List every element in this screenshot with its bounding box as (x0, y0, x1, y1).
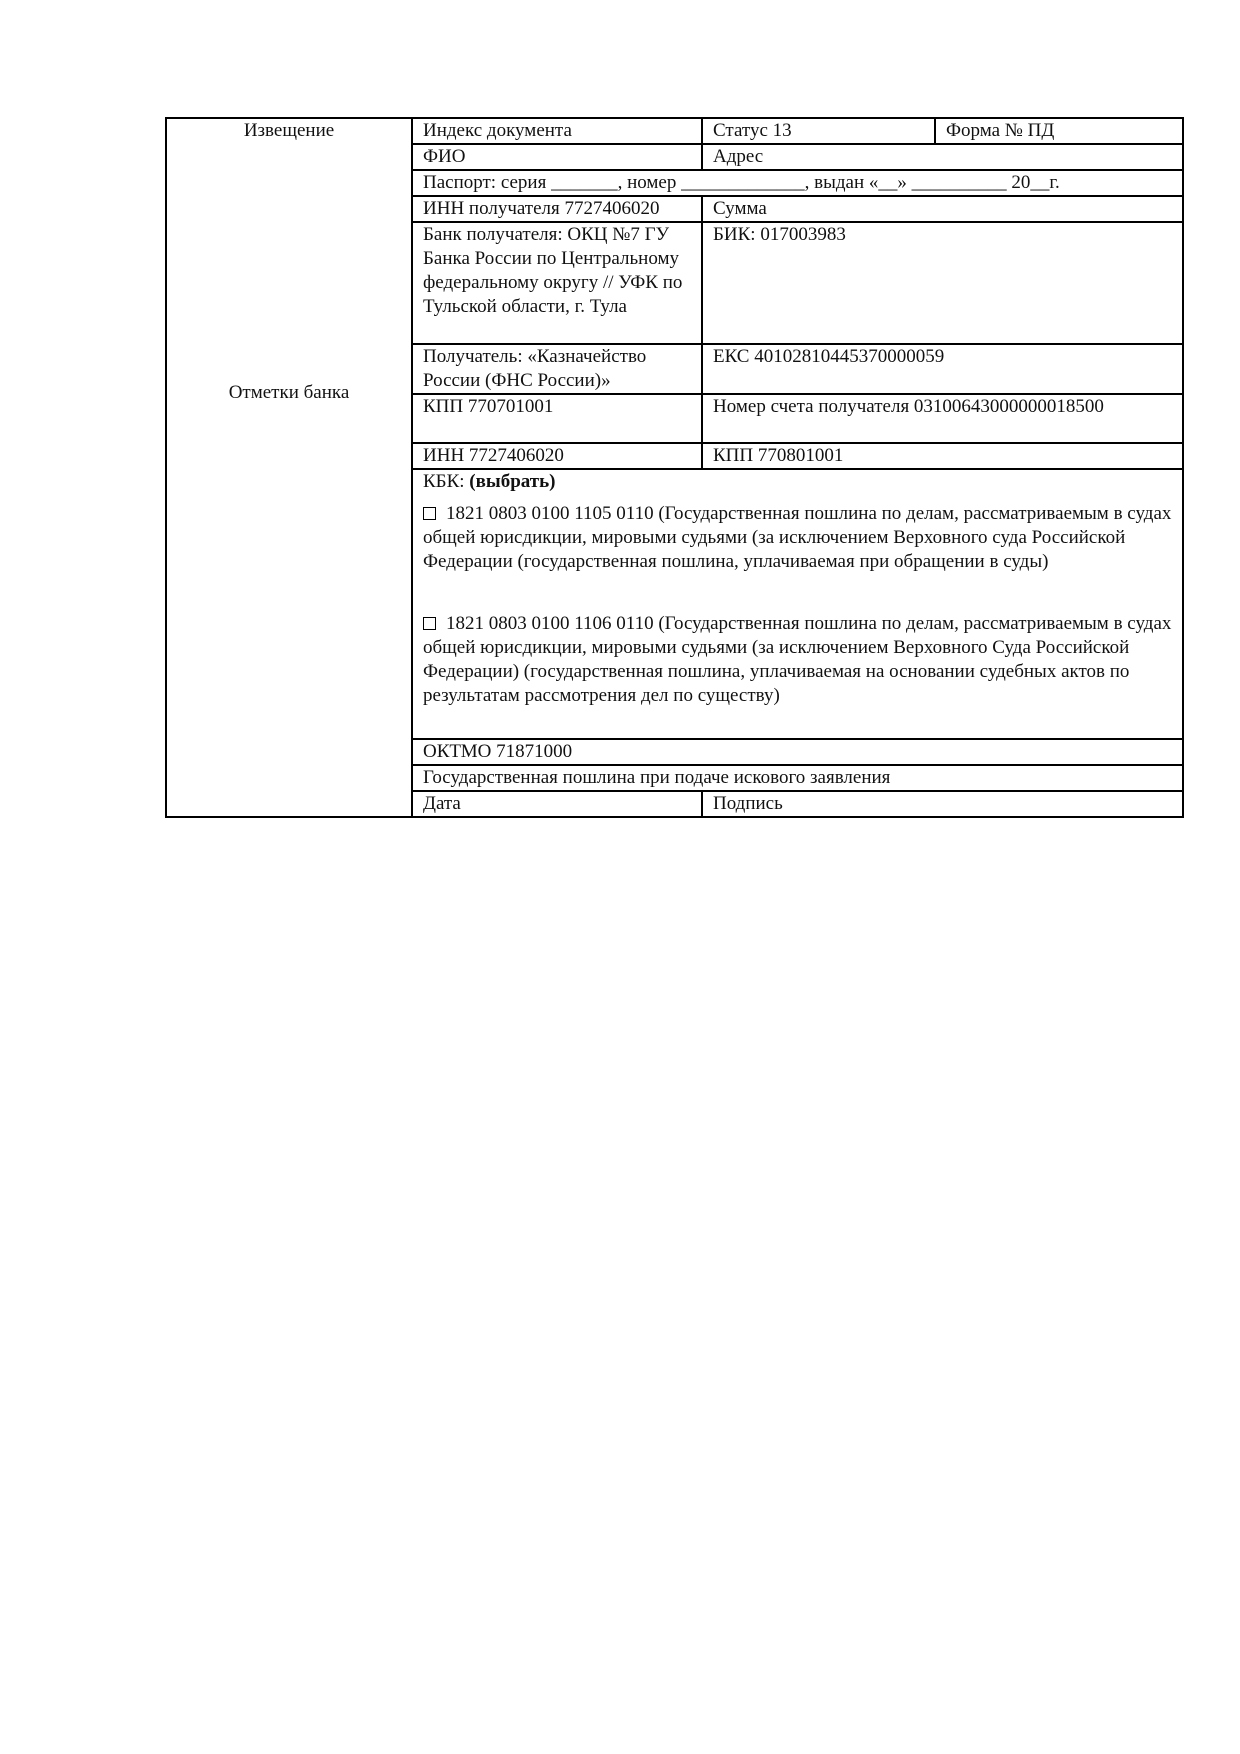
doc-index-field[interactable]: Индекс документа (412, 118, 702, 144)
kbk-option-1[interactable]: 1821 0803 0100 1105 0110 (Государственна… (423, 502, 1172, 574)
fio-field[interactable]: ФИО (412, 144, 702, 170)
left-column: Извещение Отметки банка (166, 118, 412, 817)
notice-label: Извещение (177, 119, 401, 143)
kbk-section: КБК: (выбрать) 1821 0803 0100 1105 0110 … (412, 469, 1183, 739)
bik: БИК: 017003983 (702, 222, 1183, 344)
recipient-account-number: Номер счета получателя 03100643000000018… (702, 394, 1183, 443)
form-number: Форма № ПД (935, 118, 1183, 144)
payment-form-pd: Извещение Отметки банка Индекс документа… (165, 117, 1184, 818)
recipient-name: Получатель: «Казначейство России (ФНС Ро… (412, 344, 702, 394)
kpp-2: КПП 770801001 (702, 443, 1183, 469)
eks-account: ЕКС 40102810445370000059 (702, 344, 1183, 394)
status-field: Статус 13 (702, 118, 935, 144)
checkbox-icon[interactable] (423, 617, 436, 630)
passport-field[interactable]: Паспорт: серия _______, номер __________… (412, 170, 1183, 196)
recipient-bank: Банк получателя: ОКЦ №7 ГУ Банка России … (412, 222, 702, 344)
bank-marks-label: Отметки банка (167, 381, 411, 405)
date-field[interactable]: Дата (412, 791, 702, 817)
oktmo: ОКТМО 71871000 (412, 739, 1183, 765)
amount-field[interactable]: Сумма (702, 196, 1183, 222)
kbk-choose-hint: (выбрать) (469, 471, 555, 492)
signature-field[interactable]: Подпись (702, 791, 1183, 817)
payment-purpose: Государственная пошлина при подаче исков… (412, 765, 1183, 791)
kbk-option-2-text: 1821 0803 0100 1106 0110 (Государственна… (423, 613, 1171, 706)
kbk-option-1-text: 1821 0803 0100 1105 0110 (Государственна… (423, 503, 1171, 572)
kbk-heading: КБК: (выбрать) (423, 470, 1172, 494)
document-page: Извещение Отметки банка Индекс документа… (0, 0, 1240, 1754)
address-field[interactable]: Адрес (702, 144, 1183, 170)
kbk-option-2[interactable]: 1821 0803 0100 1106 0110 (Государственна… (423, 612, 1172, 708)
inn: ИНН 7727406020 (412, 443, 702, 469)
kbk-label: КБК: (423, 471, 465, 492)
kpp-1: КПП 770701001 (412, 394, 702, 443)
checkbox-icon[interactable] (423, 507, 436, 520)
recipient-inn: ИНН получателя 7727406020 (412, 196, 702, 222)
